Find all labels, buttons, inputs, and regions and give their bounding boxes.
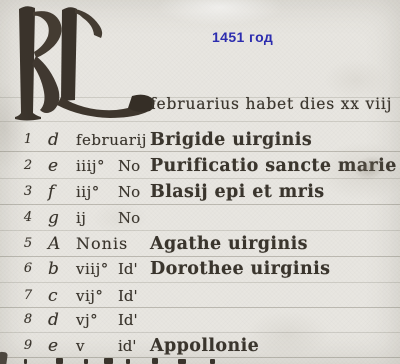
nones-ides-mark: Id' <box>118 284 150 308</box>
dominical-letter: b <box>48 257 72 281</box>
day-number: 2 <box>14 154 42 178</box>
roman-numeral: Nonis <box>76 232 152 256</box>
calendar-row: 8 d vj° Id' <box>0 308 400 332</box>
dominical-letter: g <box>48 206 72 230</box>
day-number: 6 <box>14 257 42 281</box>
feast-text: Blasij epi et mris <box>150 180 325 204</box>
month-header: februarius habet dies xx viij <box>150 95 390 113</box>
nones-ides-mark: No <box>118 206 150 230</box>
day-number: 7 <box>14 284 42 308</box>
day-number: 3 <box>14 180 42 204</box>
roman-numeral: vj° <box>76 308 120 332</box>
calendar-row: 7 c vij° Id' <box>0 284 400 308</box>
feast-text: Appollonie <box>150 334 259 358</box>
year-annotation: 1451 год <box>212 29 273 45</box>
roman-numeral: februarij <box>76 128 152 152</box>
calendar-row: 1 d februarij Brigide uirginis <box>0 128 400 152</box>
nones-ides-mark: Id' <box>118 257 150 281</box>
roman-numeral: v <box>76 334 120 358</box>
dominical-letter: d <box>48 308 72 332</box>
dominical-letter: A <box>48 232 72 256</box>
page-edge-mark <box>0 351 8 364</box>
feast-text: Agathe uirginis <box>150 232 308 256</box>
feast-text: Dorothee uirginis <box>150 257 330 281</box>
day-number: 4 <box>14 206 42 230</box>
day-number: 8 <box>14 308 42 332</box>
day-number: 9 <box>14 334 42 358</box>
calendar-row: 3 f iij° No Blasij epi et mris <box>0 180 400 204</box>
dominical-letter: e <box>48 334 72 358</box>
dominical-letter: c <box>48 284 72 308</box>
ruled-line <box>0 282 400 283</box>
kl-monogram-initial <box>6 0 158 124</box>
roman-numeral: viij° <box>76 257 120 281</box>
ruled-line <box>0 178 400 179</box>
ruled-line <box>0 230 400 231</box>
roman-numeral: vij° <box>76 284 120 308</box>
calendar-row: 4 g ij No <box>0 206 400 230</box>
ruled-line <box>0 332 400 333</box>
dominical-letter: d <box>48 128 72 152</box>
roman-numeral: iiij° <box>76 154 120 178</box>
dominical-letter: f <box>48 180 72 204</box>
manuscript-page: februarius habet dies xx viij 1451 год 1… <box>0 0 400 364</box>
calendar-row: 9 e v id' Appollonie <box>0 334 400 358</box>
calendar-row: 6 b viij° Id' Dorothee uirginis <box>0 257 400 281</box>
ruled-line <box>0 204 400 205</box>
day-number: 5 <box>14 232 42 256</box>
calendar-row: 5 A Nonis Agathe uirginis <box>0 232 400 256</box>
feast-text: Brigide uirginis <box>150 128 312 152</box>
nones-ides-mark: No <box>118 154 150 178</box>
nones-ides-mark: id' <box>118 334 150 358</box>
roman-numeral: ij <box>76 206 120 230</box>
day-number: 1 <box>14 128 42 152</box>
calendar-row: 2 e iiij° No Purificatio sancte marie <box>0 154 400 178</box>
nones-ides-mark: Id' <box>118 308 150 332</box>
nones-ides-mark: No <box>118 180 150 204</box>
roman-numeral: iij° <box>76 180 120 204</box>
dominical-letter: e <box>48 154 72 178</box>
